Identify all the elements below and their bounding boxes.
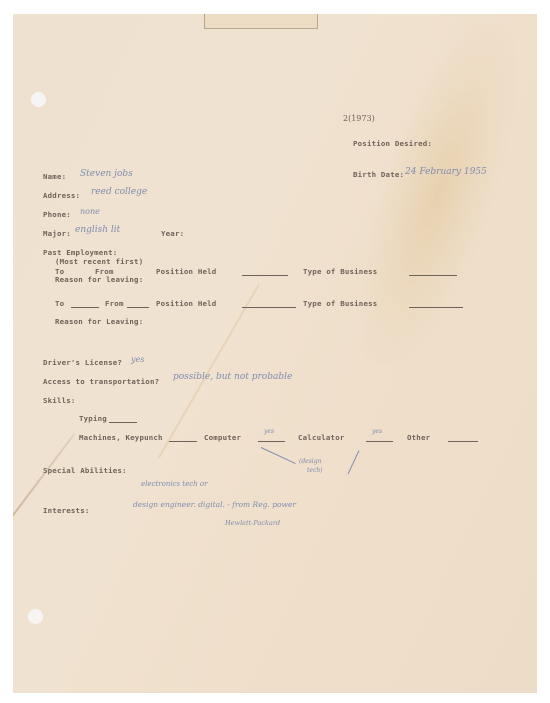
water-stain [330,14,537,382]
typing-label: Typing [79,414,107,423]
typing-field[interactable] [109,416,137,423]
interests-label: Interests: [43,506,90,515]
special-abilities-label: Special Abilities: [43,466,127,475]
other-field[interactable] [448,435,478,442]
computer-value: yes [264,428,274,435]
design-note-line2: tech) [307,467,323,474]
past-employment-label: Past Employment: [43,248,117,257]
type-of-business-field[interactable] [409,301,463,308]
special-abilities-value: electronics tech or [141,480,207,488]
interests-value-line1: design engineer. digital. - from Reg. po… [133,500,296,509]
design-note-line1: (design [299,458,321,465]
calculator-value: yes [372,428,382,435]
punch-hole-bottom [28,609,43,624]
position-held-field[interactable] [242,269,288,276]
year-label: Year: [161,229,184,238]
computer-field[interactable] [258,435,285,442]
reason-for-leaving-label: Reason for Leaving: [55,317,143,326]
birth-date-label: Birth Date: [353,170,404,179]
header-note: 2(1973) [343,114,375,123]
position-held-field[interactable] [242,301,296,308]
reason-for-leaving-label: Reason for leaving: [55,275,143,284]
from-field[interactable] [127,301,149,308]
address-label: Address: [43,191,80,200]
computer-label: Computer [204,433,241,442]
address-value: reed college [91,187,147,197]
type-of-business-label: Type of Business [303,299,377,308]
calculator-label: Calculator [298,433,345,442]
to-field[interactable] [71,301,99,308]
paper-tab [204,14,318,29]
transportation-label: Access to transportation? [43,377,159,386]
interests-value-line2: Hewlett-Packard [225,519,280,527]
type-of-business-field[interactable] [409,269,457,276]
phone-value: none [80,207,100,216]
to-label: To [55,299,64,308]
drivers-license-value: yes [131,355,144,364]
transportation-value: possible, but not probable [173,372,292,382]
from-label: From [105,299,124,308]
calculator-field[interactable] [366,435,393,442]
machines-keypunch-label: Machines, Keypunch [79,433,163,442]
major-label: Major: [43,229,71,238]
major-value: english lit [75,225,120,235]
skills-label: Skills: [43,396,76,405]
annotation-arrow-calculator [348,450,360,474]
drivers-license-label: Driver's License? [43,358,122,367]
job-application-paper: 2(1973) Position Desired: Birth Date: 24… [13,14,537,693]
annotation-arrow-computer [261,447,296,464]
most-recent-label: (Most recent first) [55,257,143,266]
position-held-label: Position Held [156,299,216,308]
birth-date-value: 24 February 1955 [405,167,487,177]
other-label: Other [407,433,430,442]
punch-hole-top [31,92,46,107]
name-label: Name: [43,172,66,181]
position-held-label: Position Held [156,267,216,276]
keypunch-field[interactable] [169,435,197,442]
type-of-business-label: Type of Business [303,267,377,276]
phone-label: Phone: [43,210,71,219]
name-value: Steven jobs [80,169,133,179]
position-desired-label: Position Desired: [353,139,432,148]
